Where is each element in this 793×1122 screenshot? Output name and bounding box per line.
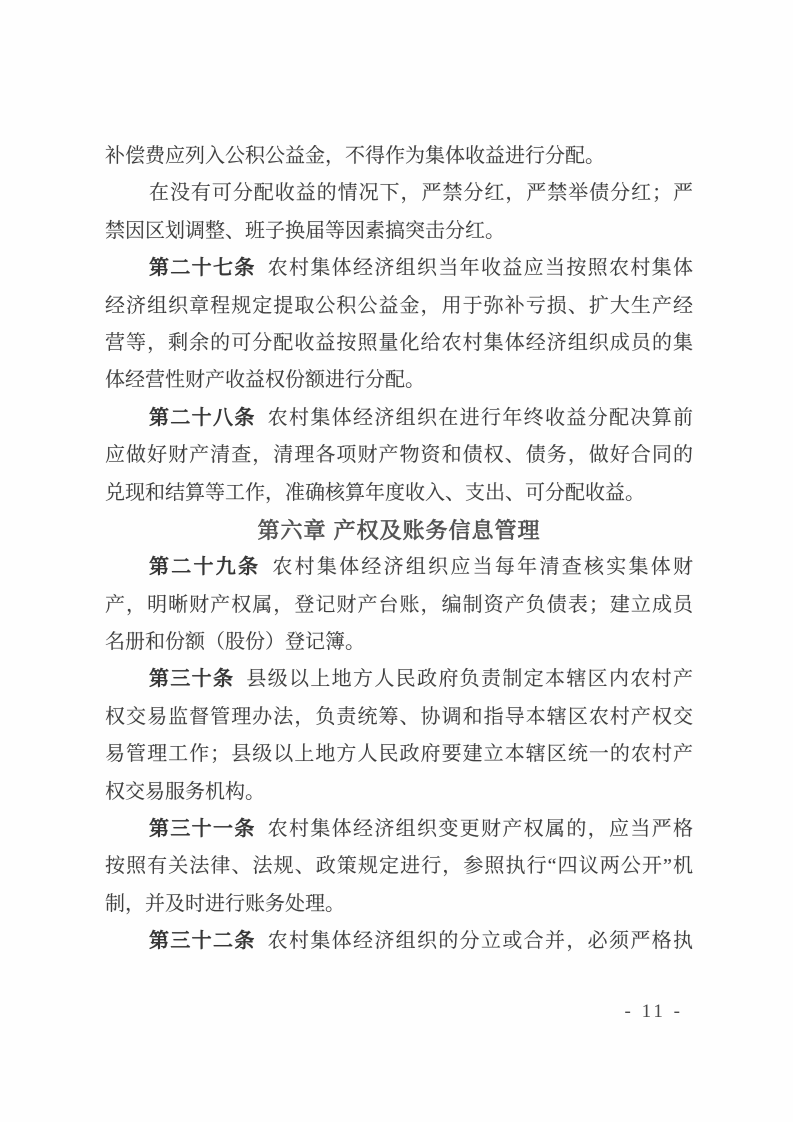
body-line: 权交易服务机构。 — [105, 774, 693, 811]
body-line: 禁因区划调整、班子换届等因素搞突击分红。 — [105, 213, 693, 250]
body-line: 第三十一条农村集体经济组织变更财产权属的，应当严格 — [105, 811, 693, 848]
page-content: 补偿费应列入公积公益金，不得作为集体收益进行分配。 在没有可分配收益的情况下，严… — [105, 138, 693, 961]
body-line: 第二十九条农村集体经济组织应当每年清查核实集体财 — [105, 549, 693, 586]
line-text: 权交易监督管理办法，负责统筹、协调和指导本辖区农村产权交 — [105, 706, 693, 728]
body-line: 权交易监督管理办法，负责统筹、协调和指导本辖区农村产权交 — [105, 699, 693, 736]
body-line: 应做好财产清查，清理各项财产物资和债权、债务，做好合同的 — [105, 437, 693, 474]
line-text: 易管理工作；县级以上地方人民政府要建立本辖区统一的农村产 — [105, 743, 693, 765]
article-number: 第三十二条 — [149, 930, 256, 952]
line-text: 农村集体经济组织变更财产权属的，应当严格 — [268, 818, 693, 840]
body-line: 第二十八条农村集体经济组织在进行年终收益分配决算前 — [105, 400, 693, 437]
body-line: 名册和份额（股份）登记簿。 — [105, 624, 693, 661]
body-line: 制，并及时进行账务处理。 — [105, 886, 693, 923]
line-text: 营等，剩余的可分配收益按照量化给农村集体经济组织成员的集 — [105, 332, 693, 354]
line-text: 农村集体经济组织当年收益应当按照农村集体 — [268, 257, 693, 279]
line-text: 县级以上地方人民政府负责制定本辖区内农村产 — [246, 668, 693, 690]
line-text: 按照有关法律、法规、政策规定进行，参照执行“四议两公开”机 — [105, 855, 693, 877]
line-text: 补偿费应列入公积公益金，不得作为集体收益进行分配。 — [105, 145, 605, 167]
line-text: 制，并及时进行账务处理。 — [105, 893, 345, 915]
article-number: 第三十条 — [149, 668, 234, 690]
line-text: 权交易服务机构。 — [105, 781, 265, 803]
line-text: 应做好财产清查，清理各项财产物资和债权、债务，做好合同的 — [105, 444, 693, 466]
body-line: 营等，剩余的可分配收益按照量化给农村集体经济组织成员的集 — [105, 325, 693, 362]
body-line: 体经营性财产收益权份额进行分配。 — [105, 362, 693, 399]
body-line: 补偿费应列入公积公益金，不得作为集体收益进行分配。 — [105, 138, 693, 175]
article-number: 第二十八条 — [149, 407, 256, 429]
line-text: 兑现和结算等工作，准确核算年度收入、支出、可分配收益。 — [105, 482, 645, 504]
body-line: 第三十条县级以上地方人民政府负责制定本辖区内农村产 — [105, 661, 693, 698]
line-text: 农村集体经济组织的分立或合并，必须严格执 — [268, 930, 693, 952]
line-text: 农村集体经济组织应当每年清查核实集体财 — [272, 556, 693, 578]
line-text: 体经营性财产收益权份额进行分配。 — [105, 369, 425, 391]
body-line: 兑现和结算等工作，准确核算年度收入、支出、可分配收益。 — [105, 475, 693, 512]
line-text: 产，明晰财产权属，登记财产台账，编制资产负债表；建立成员 — [105, 594, 693, 616]
line-text: 禁因区划调整、班子换届等因素搞突击分红。 — [105, 220, 505, 242]
body-line: 第三十二条农村集体经济组织的分立或合并，必须严格执 — [105, 923, 693, 960]
document-page: 补偿费应列入公积公益金，不得作为集体收益进行分配。 在没有可分配收益的情况下，严… — [0, 0, 793, 1122]
line-text: 农村集体经济组织在进行年终收益分配决算前 — [268, 407, 693, 429]
line-text: 名册和份额（股份）登记簿。 — [105, 631, 365, 653]
article-number: 第二十九条 — [149, 556, 260, 578]
body-line: 在没有可分配收益的情况下，严禁分红，严禁举债分红；严 — [105, 175, 693, 212]
line-text: 经济组织章程规定提取公积公益金，用于弥补亏损、扩大生产经 — [105, 295, 693, 317]
body-line: 产，明晰财产权属，登记财产台账，编制资产负债表；建立成员 — [105, 587, 693, 624]
body-line: 经济组织章程规定提取公积公益金，用于弥补亏损、扩大生产经 — [105, 288, 693, 325]
line-text: 在没有可分配收益的情况下，严禁分红，严禁举债分红；严 — [149, 182, 693, 204]
page-number: - 11 - — [625, 997, 683, 1027]
body-line: 按照有关法律、法规、政策规定进行，参照执行“四议两公开”机 — [105, 848, 693, 885]
article-number: 第三十一条 — [149, 818, 256, 840]
article-number: 第二十七条 — [149, 257, 256, 279]
chapter-heading: 第六章 产权及账务信息管理 — [105, 512, 693, 549]
body-line: 第二十七条农村集体经济组织当年收益应当按照农村集体 — [105, 250, 693, 287]
body-line: 易管理工作；县级以上地方人民政府要建立本辖区统一的农村产 — [105, 736, 693, 773]
